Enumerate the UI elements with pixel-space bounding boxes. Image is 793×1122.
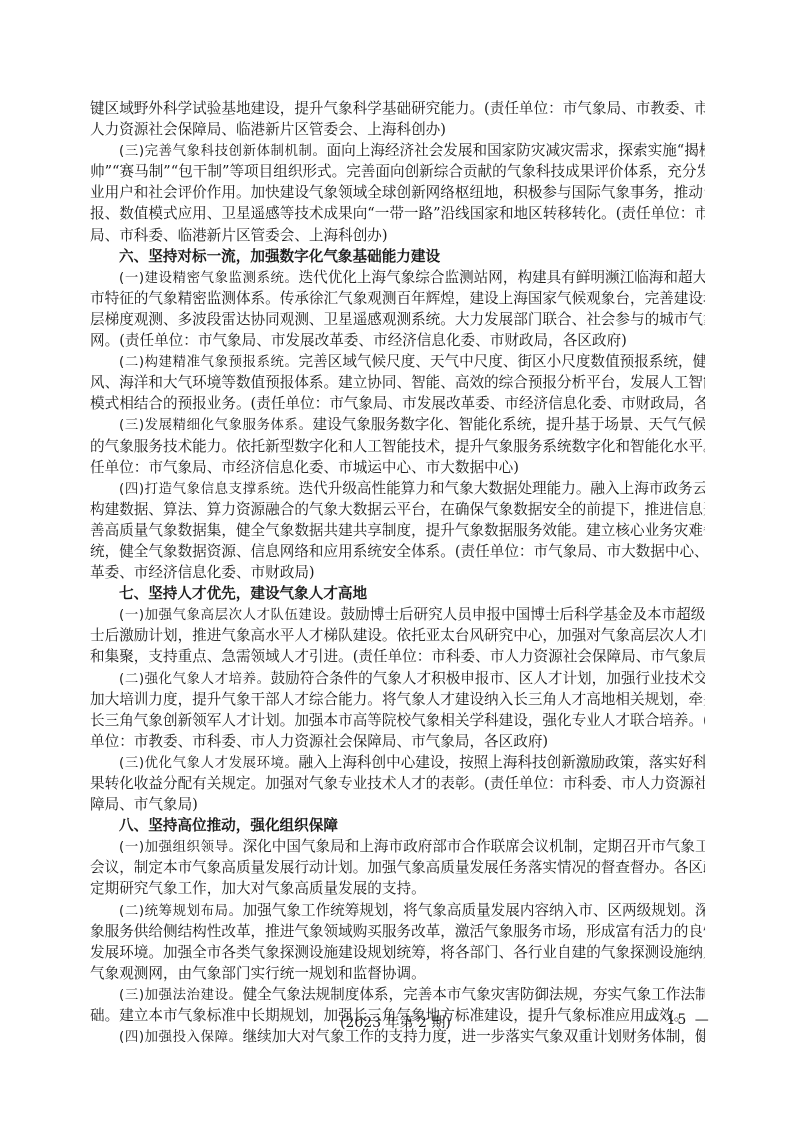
- issue-label: (2023 年第 2 期): [340, 1012, 451, 1032]
- line-text: 气象观测网，由气象部门实行统一规划和监督协调。: [90, 965, 426, 982]
- text-line: 果转化收益分配有关规定。加强对气象专业技术人才的表彰。(责任单位：市科委、市人力…: [90, 773, 705, 794]
- text-line: 定期研究气象工作，加大对气象高质量发展的支持。: [90, 878, 705, 899]
- text-line: 长三角气象创新领军人才计划。加强本市高等院校气象相关学科建设，强化专业人才联合培…: [90, 710, 705, 731]
- text-line: (一)加强气象高层次人才队伍建设。鼓励博士后研究人员申报中国博士后科学基金及本市…: [90, 604, 705, 625]
- line-text: 局、市科委、临港新片区管委会、上海科创办): [90, 227, 388, 244]
- line-text: 障局、市气象局): [90, 796, 198, 813]
- line-text: 长三角气象创新领军人才计划。加强本市高等院校气象相关学科建设，强化专业人才联合培…: [90, 712, 705, 729]
- line-text: 加强气象工作统筹规划，将气象高质量发展内容纳入市、区两级规划。深化气: [243, 902, 705, 919]
- line-text: 士后激励计划，推进气象高水平人才梯队建设。依托亚太台风研究中心，加强对气象高层次…: [90, 627, 705, 644]
- text-line: 气象观测网，由气象部门实行统一规划和监督协调。: [90, 963, 705, 984]
- text-line: 报、数值模式应用、卫星遥感等技术成果向“一带一路”沿线国家和地区转移转化。(责任…: [90, 203, 705, 224]
- subsection-title: (一)加强气象高层次人才队伍建设。: [119, 608, 341, 623]
- line-text: 果转化收益分配有关规定。加强对气象专业技术人才的表彰。(责任单位：市科委、市人力…: [90, 775, 705, 792]
- text-line: 会议，制定本市气象高质量发展行动计划。加强气象高质量发展任务落实情况的督查督办。…: [90, 857, 705, 878]
- subsection-title: (三)加强法治建设。: [119, 988, 243, 1003]
- text-line: 构建数据、算法、算力资源融合的气象大数据云平台，在确保气象数据安全的前提下，推进…: [90, 499, 705, 520]
- line-text: 鼓励符合条件的气象人才积极申报市、区人才计划，加强行业技术交流，: [271, 670, 705, 687]
- text-line: (一)建设精密气象监测系统。迭代优化上海气象综合监测站网，构建具有鲜明濒江临海和…: [90, 267, 705, 288]
- text-line: 士后激励计划，推进气象高水平人才梯队建设。依托亚太台风研究中心，加强对气象高层次…: [90, 625, 705, 646]
- page-footer: (2023 年第 2 期) — 15 —: [0, 1012, 793, 1034]
- text-line: 业用户和社会评价作用。加快建设气象领域全球创新网络枢纽地，积极参与国际气象事务，…: [90, 182, 705, 203]
- subsection-title: (一)加强组织领导。: [119, 840, 243, 855]
- text-line: 革委、市经济信息化委、市财政局): [90, 562, 705, 583]
- subsection-title: (二)统筹规划布局。: [119, 904, 243, 919]
- line-text: 健全气象法规制度体系，完善本市气象灾害防御法规，夯实气象工作法制基: [243, 986, 705, 1003]
- subsection-title: (三)优化气象人才发展环境。: [119, 756, 299, 771]
- line-text: 统，健全气象数据资源、信息网络和应用系统安全体系。(责任单位：市气象局、市大数据…: [90, 543, 705, 560]
- text-line: 市特征的气象精密监测体系。传承徐汇气象观测百年辉煌，建设上海国家气候观象台，完善…: [90, 288, 705, 309]
- text-line: 网。(责任单位：市气象局、市发展改革委、市经济信息化委、市财政局，各区政府): [90, 330, 705, 351]
- line-text: 八、坚持高位推动，强化组织保障: [119, 817, 338, 834]
- text-line: 帅”“赛马制”“包干制”等项目组织形式。完善面向创新综合贡献的气象科技成果评价体…: [90, 161, 705, 182]
- subsection-title: (四)打造气象信息支撑系统。: [119, 482, 299, 497]
- line-text: 人力资源社会保障局、临港新片区管委会、上海科创办): [90, 121, 446, 138]
- line-text: 迭代优化上海气象综合监测站网，构建具有鲜明濒江临海和超大城: [299, 269, 705, 286]
- page-number: — 15 —: [644, 1012, 711, 1028]
- text-line: (四)打造气象信息支撑系统。迭代升级高性能算力和气象大数据处理能力。融入上海市政…: [90, 478, 705, 499]
- line-text: 善高质量气象数据集，健全气象数据共建共享制度，提升气象数据服务效能。建立核心业务…: [90, 522, 705, 539]
- line-text: 象服务供给侧结构性改革，推进气象领域购买服务改革，激活气象服务市场，形成富有活力…: [90, 923, 705, 940]
- line-text: 模式相结合的预报业务。(责任单位：市气象局、市发展改革委、市经济信息化委、市财政…: [90, 395, 705, 412]
- section-heading: 八、坚持高位推动，强化组织保障: [90, 815, 705, 836]
- text-line: 障局、市气象局): [90, 794, 705, 815]
- text-line: 键区域野外科学试验基地建设，提升气象科学基础研究能力。(责任单位：市气象局、市教…: [90, 98, 705, 119]
- text-line: (二)统筹规划布局。加强气象工作统筹规划，将气象高质量发展内容纳入市、区两级规划…: [90, 900, 705, 921]
- line-text: 报、数值模式应用、卫星遥感等技术成果向“一带一路”沿线国家和地区转移转化。(责任…: [90, 205, 705, 222]
- line-text: 单位：市教委、市科委、市人力资源社会保障局、市气象局，各区政府): [90, 733, 548, 750]
- text-line: 任单位：市气象局、市经济信息化委、市城运中心、市大数据中心): [90, 457, 705, 478]
- text-line: 加大培训力度，提升气象干部人才综合能力。将气象人才建设纳入长三角人才高地相关规划…: [90, 689, 705, 710]
- text-line: 模式相结合的预报业务。(责任单位：市气象局、市发展改革委、市经济信息化委、市财政…: [90, 393, 705, 414]
- line-text: 帅”“赛马制”“包干制”等项目组织形式。完善面向创新综合贡献的气象科技成果评价体…: [90, 163, 705, 180]
- text-line: 人力资源社会保障局、临港新片区管委会、上海科创办): [90, 119, 705, 140]
- line-text: 完善区域气候尺度、天气中尺度、街区小尺度数值预报系统，健全台: [299, 353, 705, 370]
- text-line: (三)优化气象人才发展环境。融入上海科创中心建设，按照上海科技创新激励政策，落实…: [90, 752, 705, 773]
- line-text: 六、坚持对标一流，加强数字化气象基础能力建设: [119, 248, 440, 265]
- subsection-title: (三)完善气象科技创新体制机制。: [119, 144, 327, 159]
- text-line: (三)发展精细化气象服务体系。建设气象服务数字化、智能化系统，提升基于场景、天气…: [90, 414, 705, 435]
- text-line: 单位：市教委、市科委、市人力资源社会保障局、市气象局，各区政府): [90, 731, 705, 752]
- subsection-title: (二)强化气象人才培养。: [119, 672, 271, 687]
- line-text: 和集聚，支持重点、急需领域人才引进。(责任单位：市科委、市人力资源社会保障局、市…: [90, 648, 705, 665]
- line-text: 业用户和社会评价作用。加快建设气象领域全球创新网络枢纽地，积极参与国际气象事务，…: [90, 184, 705, 201]
- subsection-title: (一)建设精密气象监测系统。: [119, 271, 299, 286]
- text-line: 局、市科委、临港新片区管委会、上海科创办): [90, 225, 705, 246]
- text-line: 的气象服务技术能力。依托新型数字化和人工智能技术，提升气象服务系统数字化和智能化…: [90, 436, 705, 457]
- text-line: (二)构建精准气象预报系统。完善区域气候尺度、天气中尺度、街区小尺度数值预报系统…: [90, 351, 705, 372]
- line-text: 任单位：市气象局、市经济信息化委、市城运中心、市大数据中心): [90, 459, 519, 476]
- line-text: 革委、市经济信息化委、市财政局): [90, 564, 315, 581]
- line-text: 深化中国气象局和上海市政府部市合作联席会议机制，定期召开市气象工作: [243, 838, 705, 855]
- line-text: 网。(责任单位：市气象局、市发展改革委、市经济信息化委、市财政局，各区政府): [90, 332, 627, 349]
- text-line: 统，健全气象数据资源、信息网络和应用系统安全体系。(责任单位：市气象局、市大数据…: [90, 541, 705, 562]
- line-text: 迭代升级高性能算力和气象大数据处理能力。融入上海市政务云，: [299, 480, 705, 497]
- line-text: 层梯度观测、多波段雷达协同观测、卫星遥感观测系统。大力发展部门联合、社会参与的城…: [90, 311, 705, 328]
- line-text: 发展环境。加强全市各类气象探测设施建设规划统筹，将各部门、各行业自建的气象探测设…: [90, 944, 705, 961]
- line-text: 七、坚持人才优先，建设气象人才高地: [119, 585, 367, 602]
- line-text: 市特征的气象精密监测体系。传承徐汇气象观测百年辉煌，建设上海国家气候观象台，完善…: [90, 290, 705, 307]
- line-text: 风、海洋和大气环境等数值预报体系。建立协同、智能、高效的综合预报分析平台，发展人…: [90, 374, 705, 391]
- text-line: (一)加强组织领导。深化中国气象局和上海市政府部市合作联席会议机制，定期召开市气…: [90, 836, 705, 857]
- text-line: 层梯度观测、多波段雷达协同观测、卫星遥感观测系统。大力发展部门联合、社会参与的城…: [90, 309, 705, 330]
- text-line: 和集聚，支持重点、急需领域人才引进。(责任单位：市科委、市人力资源社会保障局、市…: [90, 646, 705, 667]
- line-text: 会议，制定本市气象高质量发展行动计划。加强气象高质量发展任务落实情况的督查督办。…: [90, 859, 705, 876]
- document-body: 键区域野外科学试验基地建设，提升气象科学基础研究能力。(责任单位：市气象局、市教…: [90, 98, 705, 1047]
- line-text: 建设气象服务数字化、智能化系统，提升基于场景、天气气候影响: [313, 416, 705, 433]
- subsection-title: (二)构建精准气象预报系统。: [119, 355, 299, 370]
- line-text: 构建数据、算法、算力资源融合的气象大数据云平台，在确保气象数据安全的前提下，推进…: [90, 501, 705, 518]
- text-line: 善高质量气象数据集，健全气象数据共建共享制度，提升气象数据服务效能。建立核心业务…: [90, 520, 705, 541]
- line-text: 面向上海经济社会发展和国家防灾减灾需求，探索实施“揭榜挂: [327, 142, 705, 159]
- section-heading: 六、坚持对标一流，加强数字化气象基础能力建设: [90, 246, 705, 267]
- text-line: (三)加强法治建设。健全气象法规制度体系，完善本市气象灾害防御法规，夯实气象工作…: [90, 984, 705, 1005]
- text-line: 象服务供给侧结构性改革，推进气象领域购买服务改革，激活气象服务市场，形成富有活力…: [90, 921, 705, 942]
- line-text: 的气象服务技术能力。依托新型数字化和人工智能技术，提升气象服务系统数字化和智能化…: [90, 438, 705, 455]
- line-text: 融入上海科创中心建设，按照上海科技创新激励政策，落实好科技成: [299, 754, 705, 771]
- line-text: 加大培训力度，提升气象干部人才综合能力。将气象人才建设纳入长三角人才高地相关规划…: [90, 691, 705, 708]
- text-line: 发展环境。加强全市各类气象探测设施建设规划统筹，将各部门、各行业自建的气象探测设…: [90, 942, 705, 963]
- line-text: 键区域野外科学试验基地建设，提升气象科学基础研究能力。(责任单位：市气象局、市教…: [90, 100, 705, 117]
- line-text: 鼓励博士后研究人员申报中国博士后科学基金及本市超级博: [341, 606, 705, 623]
- line-text: 定期研究气象工作，加大对气象高质量发展的支持。: [90, 880, 426, 897]
- text-line: (二)强化气象人才培养。鼓励符合条件的气象人才积极申报市、区人才计划，加强行业技…: [90, 668, 705, 689]
- subsection-title: (三)发展精细化气象服务体系。: [119, 418, 313, 433]
- text-line: 风、海洋和大气环境等数值预报体系。建立协同、智能、高效的综合预报分析平台，发展人…: [90, 372, 705, 393]
- text-line: (三)完善气象科技创新体制机制。面向上海经济社会发展和国家防灾减灾需求，探索实施…: [90, 140, 705, 161]
- section-heading: 七、坚持人才优先，建设气象人才高地: [90, 583, 705, 604]
